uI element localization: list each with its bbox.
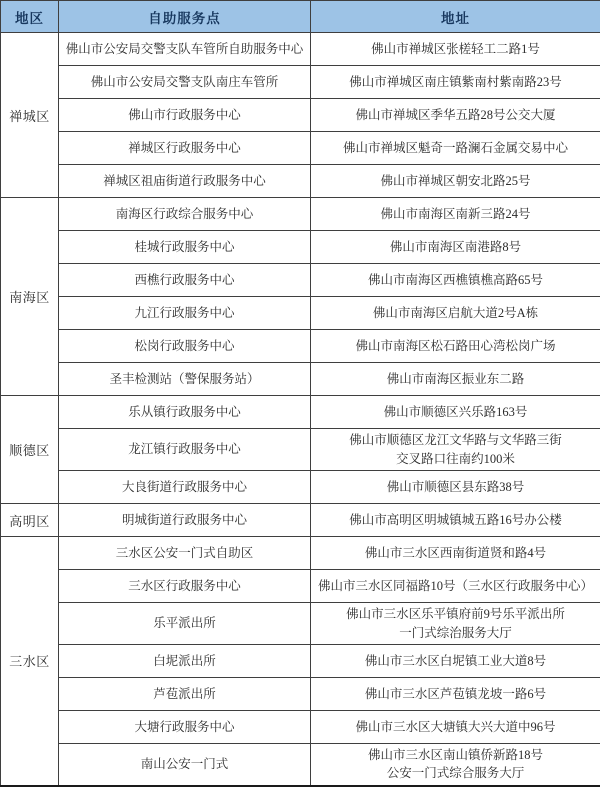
- table-row: 顺德区 乐从镇行政服务中心 佛山市顺德区兴乐路163号: [1, 396, 600, 429]
- address-cell: 佛山市禅城区季华五路28号公交大厦: [311, 99, 600, 132]
- service-cell: 桂城行政服务中心: [59, 231, 311, 264]
- address-cell: 佛山市顺德区龙江文华路与文华路三街 交叉路口往南约100米: [311, 429, 600, 471]
- address-cell: 佛山市禅城区南庄镇紫南村紫南路23号: [311, 66, 600, 99]
- table-row: 西樵行政服务中心 佛山市南海区西樵镇樵高路65号: [1, 264, 600, 297]
- address-cell: 佛山市三水区西南街道贤和路4号: [311, 537, 600, 570]
- service-cell: 明城街道行政服务中心: [59, 504, 311, 537]
- header-region: 地区: [1, 1, 59, 33]
- service-cell: 九江行政服务中心: [59, 297, 311, 330]
- table-row: 大塘行政服务中心 佛山市三水区大塘镇大兴大道中96号: [1, 711, 600, 744]
- table-row: 三水区行政服务中心 佛山市三水区同福路10号（三水区行政服务中心）: [1, 570, 600, 603]
- service-cell: 佛山市公安局交警支队车管所自助服务中心: [59, 33, 311, 66]
- address-cell: 佛山市南海区启航大道2号A栋: [311, 297, 600, 330]
- region-cell-sanshui: 三水区: [1, 537, 59, 786]
- region-cell-shunde: 顺德区: [1, 396, 59, 504]
- region-cell-gaoming: 高明区: [1, 504, 59, 537]
- address-cell: 佛山市南海区南新三路24号: [311, 198, 600, 231]
- table-row: 禅城区祖庙街道行政服务中心 佛山市禅城区朝安北路25号: [1, 165, 600, 198]
- table-row: 桂城行政服务中心 佛山市南海区南港路8号: [1, 231, 600, 264]
- service-cell: 大塘行政服务中心: [59, 711, 311, 744]
- service-cell: 大良街道行政服务中心: [59, 471, 311, 504]
- address-cell: 佛山市三水区南山镇侨新路18号 公安一门式综合服务大厅: [311, 744, 600, 786]
- table-row: 南海区 南海区行政综合服务中心 佛山市南海区南新三路24号: [1, 198, 600, 231]
- address-cell: 佛山市三水区芦苞镇龙坡一路6号: [311, 678, 600, 711]
- service-cell: 芦苞派出所: [59, 678, 311, 711]
- service-cell: 乐从镇行政服务中心: [59, 396, 311, 429]
- table-row: 芦苞派出所 佛山市三水区芦苞镇龙坡一路6号: [1, 678, 600, 711]
- address-cell: 佛山市南海区南港路8号: [311, 231, 600, 264]
- table-row: 圣丰检测站（警保服务站） 佛山市南海区振业东二路: [1, 363, 600, 396]
- address-cell: 佛山市三水区乐平镇府前9号乐平派出所 一门式综治服务大厅: [311, 603, 600, 645]
- header-address: 地址: [311, 1, 600, 33]
- table-row: 九江行政服务中心 佛山市南海区启航大道2号A栋: [1, 297, 600, 330]
- address-cell: 佛山市三水区白坭镇工业大道8号: [311, 645, 600, 678]
- table-header-row: 地区 自助服务点 地址: [1, 1, 600, 33]
- service-cell: 佛山市行政服务中心: [59, 99, 311, 132]
- service-cell: 禅城区行政服务中心: [59, 132, 311, 165]
- address-cell: 佛山市禅城区魁奇一路澜石金属交易中心: [311, 132, 600, 165]
- address-cell: 佛山市禅城区张槎轻工二路1号: [311, 33, 600, 66]
- service-cell: 松岗行政服务中心: [59, 330, 311, 363]
- table-row: 乐平派出所 佛山市三水区乐平镇府前9号乐平派出所 一门式综治服务大厅: [1, 603, 600, 645]
- service-points-table: 地区 自助服务点 地址 禅城区 佛山市公安局交警支队车管所自助服务中心 佛山市禅…: [0, 0, 600, 787]
- service-cell: 佛山市公安局交警支队南庄车管所: [59, 66, 311, 99]
- region-cell-chancheng: 禅城区: [1, 33, 59, 198]
- table-row: 高明区 明城街道行政服务中心 佛山市高明区明城镇城五路16号办公楼: [1, 504, 600, 537]
- service-cell: 龙江镇行政服务中心: [59, 429, 311, 471]
- address-cell: 佛山市顺德区县东路38号: [311, 471, 600, 504]
- service-cell: 三水区公安一门式自助区: [59, 537, 311, 570]
- service-cell: 西樵行政服务中心: [59, 264, 311, 297]
- service-points-document: 地区 自助服务点 地址 禅城区 佛山市公安局交警支队车管所自助服务中心 佛山市禅…: [0, 0, 600, 786]
- table-row: 松岗行政服务中心 佛山市南海区松石路田心湾松岗广场: [1, 330, 600, 363]
- address-cell: 佛山市三水区同福路10号（三水区行政服务中心）: [311, 570, 600, 603]
- service-cell: 圣丰检测站（警保服务站）: [59, 363, 311, 396]
- address-cell: 佛山市南海区西樵镇樵高路65号: [311, 264, 600, 297]
- table-row: 佛山市行政服务中心 佛山市禅城区季华五路28号公交大厦: [1, 99, 600, 132]
- service-cell: 南山公安一门式: [59, 744, 311, 786]
- address-cell: 佛山市南海区松石路田心湾松岗广场: [311, 330, 600, 363]
- address-cell: 佛山市三水区大塘镇大兴大道中96号: [311, 711, 600, 744]
- service-cell: 南海区行政综合服务中心: [59, 198, 311, 231]
- address-cell: 佛山市顺德区兴乐路163号: [311, 396, 600, 429]
- table-row: 禅城区 佛山市公安局交警支队车管所自助服务中心 佛山市禅城区张槎轻工二路1号: [1, 33, 600, 66]
- address-cell: 佛山市禅城区朝安北路25号: [311, 165, 600, 198]
- service-cell: 白坭派出所: [59, 645, 311, 678]
- region-cell-nanhai: 南海区: [1, 198, 59, 396]
- table-row: 大良街道行政服务中心 佛山市顺德区县东路38号: [1, 471, 600, 504]
- table-row: 龙江镇行政服务中心 佛山市顺德区龙江文华路与文华路三街 交叉路口往南约100米: [1, 429, 600, 471]
- table-row: 禅城区行政服务中心 佛山市禅城区魁奇一路澜石金属交易中心: [1, 132, 600, 165]
- table-row: 佛山市公安局交警支队南庄车管所 佛山市禅城区南庄镇紫南村紫南路23号: [1, 66, 600, 99]
- address-cell: 佛山市高明区明城镇城五路16号办公楼: [311, 504, 600, 537]
- service-cell: 禅城区祖庙街道行政服务中心: [59, 165, 311, 198]
- table-row: 白坭派出所 佛山市三水区白坭镇工业大道8号: [1, 645, 600, 678]
- address-cell: 佛山市南海区振业东二路: [311, 363, 600, 396]
- service-cell: 三水区行政服务中心: [59, 570, 311, 603]
- header-service-point: 自助服务点: [59, 1, 311, 33]
- service-cell: 乐平派出所: [59, 603, 311, 645]
- table-row: 三水区 三水区公安一门式自助区 佛山市三水区西南街道贤和路4号: [1, 537, 600, 570]
- table-row: 南山公安一门式 佛山市三水区南山镇侨新路18号 公安一门式综合服务大厅: [1, 744, 600, 786]
